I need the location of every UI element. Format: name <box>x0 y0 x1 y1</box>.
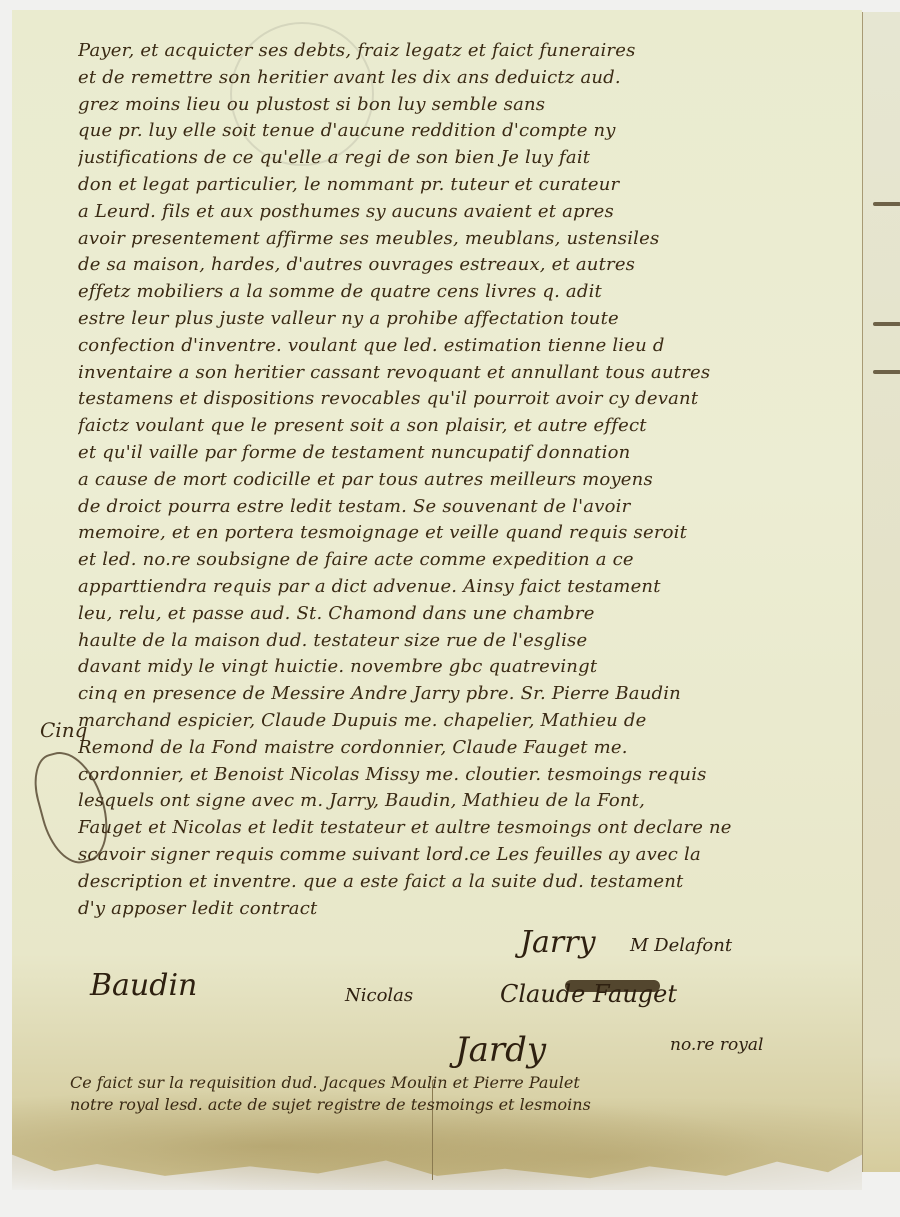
text-line: estre leur plus juste valleur ny a prohi… <box>78 306 858 333</box>
text-line: avoir presentement affirme ses meubles, … <box>78 226 858 253</box>
text-line: leu, relu, et passe aud. St. Chamond dan… <box>78 601 858 628</box>
footer-note: Ce faict sur la requisition dud. Jacques… <box>70 1072 860 1116</box>
text-line: description et inventre. que a este faic… <box>78 869 858 896</box>
ink-mark <box>873 370 900 374</box>
text-line: scavoir signer requis comme suivant lord… <box>78 842 858 869</box>
signature-nicolas: Nicolas <box>345 985 413 1006</box>
text-line: apparttiendra requis par a dict advenue.… <box>78 574 858 601</box>
text-line: Payer, et acquicter ses debts, fraiz leg… <box>78 38 858 65</box>
signature-jarry: Jarry <box>520 925 596 960</box>
text-line: Fauget et Nicolas et ledit testateur et … <box>78 815 858 842</box>
text-line: memoire, et en portera tesmoignage et ve… <box>78 520 858 547</box>
manuscript-body: Payer, et acquicter ses debts, fraiz leg… <box>78 38 858 922</box>
text-line: testamens et dispositions revocables qu'… <box>78 386 858 413</box>
signature-delafont: M Delafont <box>630 935 732 956</box>
text-line: d'y apposer ledit contract <box>78 896 858 923</box>
text-line: cordonnier, et Benoist Nicolas Missy me.… <box>78 762 858 789</box>
text-line: confection d'inventre. voulant que led. … <box>78 333 858 360</box>
text-line: haulte de la maison dud. testateur size … <box>78 628 858 655</box>
text-line: de sa maison, hardes, d'autres ouvrages … <box>78 252 858 279</box>
text-line: lesquels ont signe avec m. Jarry, Baudin… <box>78 788 858 815</box>
text-line: et led. no.re soubsigne de faire acte co… <box>78 547 858 574</box>
ink-mark <box>873 202 900 206</box>
notary-title: no.re royal <box>670 1035 763 1055</box>
text-line: marchand espicier, Claude Dupuis me. cha… <box>78 708 858 735</box>
text-line: davant midy le vingt huictie. novembre g… <box>78 654 858 681</box>
signature-claude-fauget: Claude Fauget <box>500 980 677 1008</box>
text-line: que pr. luy elle soit tenue d'aucune red… <box>78 118 858 145</box>
text-line: cinq en presence de Messire Andre Jarry … <box>78 681 858 708</box>
text-line: a Leurd. fils et aux posthumes sy aucuns… <box>78 199 858 226</box>
text-line: a cause de mort codicille et par tous au… <box>78 467 858 494</box>
text-line: faictz voulant que le present soit a son… <box>78 413 858 440</box>
footer-line: Ce faict sur la requisition dud. Jacques… <box>70 1072 860 1094</box>
text-line: et qu'il vaille par forme de testament n… <box>78 440 858 467</box>
text-line: don et legat particulier, le nommant pr.… <box>78 172 858 199</box>
text-line: inventaire a son heritier cassant revoqu… <box>78 360 858 387</box>
text-line: de droict pourra estre ledit testam. Se … <box>78 494 858 521</box>
text-line: Remond de la Fond maistre cordonnier, Cl… <box>78 735 858 762</box>
text-line: et de remettre son heritier avant les di… <box>78 65 858 92</box>
text-line: grez moins lieu ou plustost si bon luy s… <box>78 92 858 119</box>
margin-note: Cinq <box>40 718 87 742</box>
text-line: effetz mobiliers a la somme de quatre ce… <box>78 279 858 306</box>
ink-mark <box>873 322 900 326</box>
text-line: justifications de ce qu'elle a regi de s… <box>78 145 858 172</box>
signature-baudin: Baudin <box>90 968 197 1003</box>
signature-notary: Jardy <box>455 1030 546 1070</box>
footer-line: notre royal lesd. acte de sujet registre… <box>70 1094 860 1116</box>
adjacent-page-edge <box>862 12 900 1172</box>
